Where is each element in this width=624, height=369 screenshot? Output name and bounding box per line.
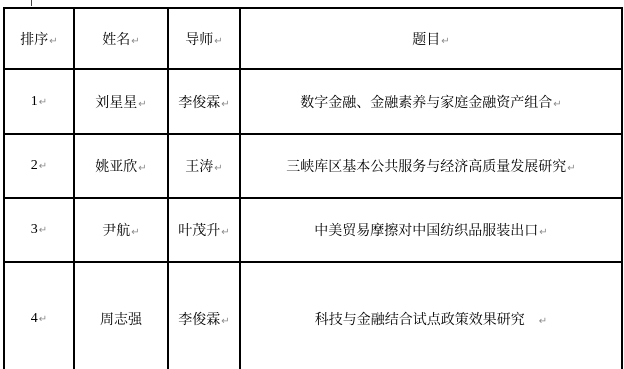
paragraph-mark-icon: ↵ [221,227,229,238]
paragraph-mark-icon: ↵ [49,36,57,47]
paragraph-mark-icon: ↵ [39,97,47,108]
paragraph-mark-icon: ↵ [539,227,547,238]
cell-name[interactable]: 周志强 [74,262,168,369]
cell-text: 姚亚欣 [95,160,137,175]
cell-rank[interactable]: 3↵ [4,198,74,262]
cell-text: 王涛 [185,160,213,175]
cell-advisor[interactable]: 王涛↵ [168,134,240,198]
cell-text: 李俊霖 [178,96,220,111]
column-header-topic[interactable]: 题目↵ [240,8,622,69]
cell-text: 中美贸易摩擦对中国纺织品服装出口 [314,224,538,239]
paragraph-mark-icon: ↵ [214,36,222,47]
paragraph-mark-icon: ↵ [539,316,547,327]
paragraph-mark-icon: ↵ [138,99,146,110]
cell-text: 刘星星 [95,96,137,111]
cell-advisor[interactable]: 叶茂升↵ [168,198,240,262]
table-row: 2↵ 姚亚欣↵ 王涛↵ 三峡库区基本公共服务与经济高质量发展研究↵ [4,134,622,198]
cell-text: 1 [31,94,38,109]
cell-text: 2 [31,158,38,173]
cell-advisor[interactable]: 李俊霖↵ [168,262,240,369]
cell-text: 4 [31,311,38,326]
paragraph-mark-icon: ↵ [131,36,139,47]
paragraph-mark-icon: ↵ [131,227,139,238]
paragraph-mark-icon: ↵ [39,225,47,236]
paragraph-mark-icon: ↵ [39,314,47,325]
paragraph-mark-icon: ↵ [214,163,222,174]
cell-text: 3 [31,222,38,237]
cell-rank[interactable]: 1↵ [4,69,74,134]
cell-text: 周志强 [100,313,142,328]
table-row: 3↵ 尹航↵ 叶茂升↵ 中美贸易摩擦对中国纺织品服装出口↵ [4,198,622,262]
paragraph-mark-icon: ↵ [567,163,575,174]
cell-text: 尹航 [102,224,130,239]
document-table-container: 排序↵ 姓名↵ 导师↵ 题目↵ 1↵ 刘星星↵ 李俊霖↵ 数字金融、金融素养与家… [3,7,623,369]
cell-rank[interactable]: 4↵ [4,262,74,369]
cell-text: 科技与金融结合试点政策效果研究 [315,313,525,328]
header-row: 排序↵ 姓名↵ 导师↵ 题目↵ [4,8,622,69]
paragraph-mark-icon: ↵ [138,163,146,174]
column-header-rank[interactable]: 排序↵ [4,8,74,69]
cell-advisor[interactable]: 李俊霖↵ [168,69,240,134]
paragraph-mark-icon: ↵ [221,99,229,110]
paragraph-mark-icon: ↵ [221,316,229,327]
cell-topic[interactable]: 科技与金融结合试点政策效果研究↵ [240,262,622,369]
cell-text: 三峡库区基本公共服务与经济高质量发展研究 [286,160,566,175]
cell-topic[interactable]: 三峡库区基本公共服务与经济高质量发展研究↵ [240,134,622,198]
column-header-name[interactable]: 姓名↵ [74,8,168,69]
cell-name[interactable]: 刘星星↵ [74,69,168,134]
paragraph-mark-icon: ↵ [553,99,561,110]
cell-text: 叶茂升 [178,224,220,239]
cell-name[interactable]: 尹航↵ [74,198,168,262]
column-header-advisor[interactable]: 导师↵ [168,8,240,69]
column-header-label: 导师 [185,33,213,48]
text-cursor [31,0,32,6]
cell-text: 数字金融、金融素养与家庭金融资产组合 [300,96,552,111]
cell-text: 李俊霖 [178,313,220,328]
paragraph-mark-icon: ↵ [39,161,47,172]
cell-topic[interactable]: 中美贸易摩擦对中国纺织品服装出口↵ [240,198,622,262]
cell-name[interactable]: 姚亚欣↵ [74,134,168,198]
cell-topic[interactable]: 数字金融、金融素养与家庭金融资产组合↵ [240,69,622,134]
column-header-label: 排序 [20,33,48,48]
thesis-assignment-table: 排序↵ 姓名↵ 导师↵ 题目↵ 1↵ 刘星星↵ 李俊霖↵ 数字金融、金融素养与家… [3,7,623,369]
table-row: 1↵ 刘星星↵ 李俊霖↵ 数字金融、金融素养与家庭金融资产组合↵ [4,69,622,134]
table-row: 4↵ 周志强 李俊霖↵ 科技与金融结合试点政策效果研究↵ [4,262,622,369]
column-header-label: 姓名 [102,33,130,48]
paragraph-mark-icon: ↵ [441,36,449,47]
column-header-label: 题目 [412,33,440,48]
cell-rank[interactable]: 2↵ [4,134,74,198]
